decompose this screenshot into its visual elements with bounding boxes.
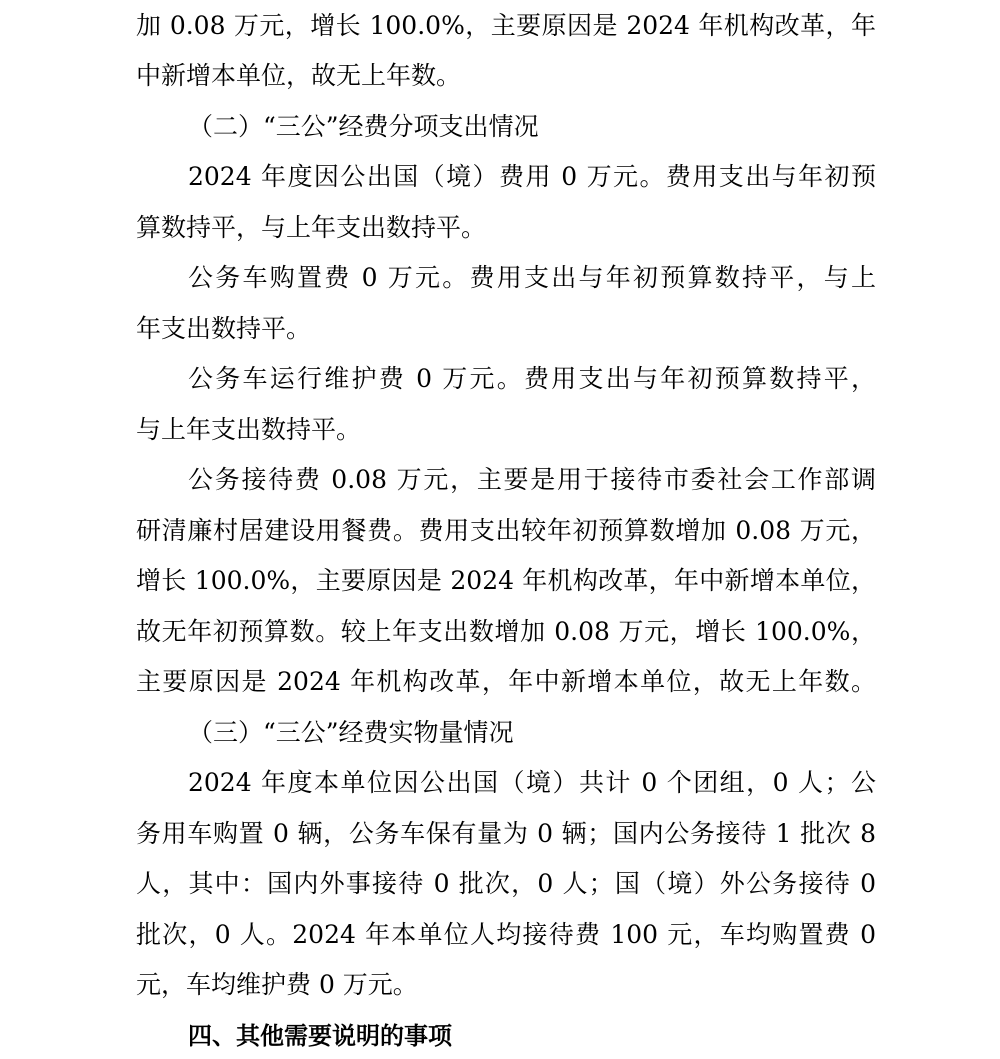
paragraph-line: 加 0.08 万元，增长 100.0%，主要原因是 2024 年机构改革，年 <box>136 1 876 51</box>
paragraph-line: 研清廉村居建设用餐费。费用支出较年初预算数增加 0.08 万元， <box>136 506 876 556</box>
paragraph-line: 务用车购置 0 辆，公务车保有量为 0 辆；国内公务接待 1 批次 8 <box>136 809 876 859</box>
paragraph-line: 公务车购置费 0 万元。费用支出与年初预算数持平，与上 <box>188 253 876 303</box>
paragraph-line: 2024 年度因公出国（境）费用 0 万元。费用支出与年初预 <box>188 152 876 202</box>
paragraph-line: 2024 年度本单位因公出国（境）共计 0 个团组，0 人；公 <box>188 758 876 808</box>
paragraph-line: 公务车运行维护费 0 万元。费用支出与年初预算数持平， <box>188 354 876 404</box>
paragraph-line: 中新增本单位，故无上年数。 <box>136 51 461 101</box>
paragraph-line: 增长 100.0%，主要原因是 2024 年机构改革，年中新增本单位， <box>136 556 876 606</box>
paragraph-line: 公务接待费 0.08 万元，主要是用于接待市委社会工作部调 <box>188 455 876 505</box>
section-heading-other-matters: 四、其他需要说明的事项 <box>188 1011 452 1059</box>
paragraph-line: 批次，0 人。2024 年本单位人均接待费 100 元，车均购置费 0 万 <box>136 910 876 960</box>
paragraph-line: 元，车均维护费 0 万元。 <box>136 960 418 1010</box>
paragraph-line: 与上年支出数持平。 <box>136 405 361 455</box>
paragraph-line: 人，其中：国内外事接待 0 批次，0 人；国（境）外公务接待 0 <box>136 859 876 909</box>
paragraph-line: 故无年初预算数。较上年支出数增加 0.08 万元，增长 100.0%， <box>136 607 876 657</box>
paragraph-line: 年支出数持平。 <box>136 304 311 354</box>
paragraph-line: 算数持平，与上年支出数持平。 <box>136 203 486 253</box>
section-subheading-physical-quantity: （三）“三公”经费实物量情况 <box>188 708 514 758</box>
section-subheading-itemized-expenses: （二）“三公”经费分项支出情况 <box>188 102 539 152</box>
paragraph-line: 主要原因是 2024 年机构改革，年中新增本单位，故无上年数。 <box>136 657 876 707</box>
